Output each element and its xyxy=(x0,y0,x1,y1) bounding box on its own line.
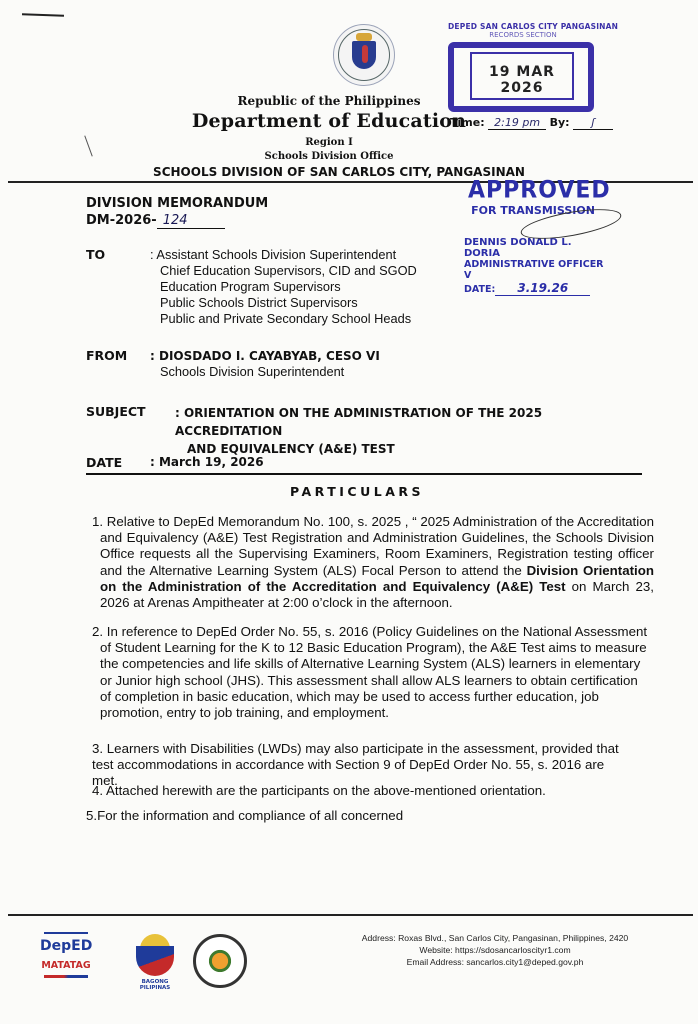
from-label: FROM xyxy=(86,348,127,363)
footer-address: Address: Roxas Blvd., San Carlos City, P… xyxy=(340,932,650,944)
stamp-section: RECORDS SECTION xyxy=(478,31,568,39)
subject-line: : ORIENTATION ON THE ADMINISTRATION OF T… xyxy=(175,404,645,440)
time-value: 2:19 pm xyxy=(488,116,546,130)
memo-number-handwritten: 124 xyxy=(157,213,225,229)
office-heading: Schools Division Office xyxy=(0,151,678,162)
particular-item-2: 2. In reference to DepEd Order No. 55, s… xyxy=(92,624,652,721)
logo-bar xyxy=(44,932,88,934)
approver-position: ADMINISTRATIVE OFFICER V xyxy=(464,259,608,281)
sdo-seal-logo xyxy=(193,934,247,988)
footer-contact: Address: Roxas Blvd., San Carlos City, P… xyxy=(340,932,650,968)
recipient: Education Program Supervisors xyxy=(150,279,417,295)
logo-deped-text: DepED xyxy=(40,938,92,954)
approved-title: APPROVED xyxy=(468,177,596,205)
recipient: Chief Education Supervisors, CID and SGO… xyxy=(150,263,417,279)
torch-icon xyxy=(356,33,372,41)
meta-divider xyxy=(86,473,642,475)
logo-stripe xyxy=(44,975,88,978)
globe-icon xyxy=(136,946,174,976)
to-label: TO xyxy=(86,247,105,262)
logo-caption: BAGONG PILIPINAS xyxy=(126,979,184,991)
stray-pen-mark xyxy=(22,13,64,16)
subject-label: SUBJECT xyxy=(86,404,146,419)
particular-item-4: 4. Attached herewith are the participant… xyxy=(92,783,646,799)
deped-matatag-logo: DepED MATATAG xyxy=(40,930,92,990)
footer-email: Email Address: sancarlos.city1@deped.gov… xyxy=(340,956,650,968)
to-recipients: : Assistant Schools Division Superintend… xyxy=(150,247,417,327)
deped-seal-logo xyxy=(333,24,395,86)
stamp-date: 19 MAR 2026 xyxy=(470,64,574,96)
approved-date-line: DATE:3.19.26 xyxy=(464,281,608,296)
sender-name: : DIOSDADO I. CAYABYAB, CESO VI xyxy=(150,348,380,364)
stamp-agency: DEPED SAN CARLOS CITY PANGASINAN xyxy=(448,22,598,31)
region-heading: Region I xyxy=(0,137,678,148)
memo-number-prefix: DM-2026- xyxy=(86,213,157,228)
particular-item-5: 5.For the information and compliance of … xyxy=(86,808,640,824)
date-label: DATE xyxy=(86,455,122,470)
approved-date-label: DATE: xyxy=(464,284,495,295)
received-stamp: DEPED SAN CARLOS CITY PANGASINAN RECORDS… xyxy=(448,22,598,114)
memo-number: DM-2026-124 xyxy=(86,213,225,229)
subject-text: : ORIENTATION ON THE ADMINISTRATION OF T… xyxy=(175,404,645,458)
bagong-pilipinas-logo: BAGONG PILIPINAS xyxy=(130,932,180,990)
footer-website: Website: https://sdosancarloscityr1.com xyxy=(340,944,650,956)
particulars-heading: PARTICULARS xyxy=(0,484,698,499)
approver-name: DENNIS DONALD L. DORIA xyxy=(464,237,608,259)
received-time-line: Time: 2:19 pm By: ʃ xyxy=(450,116,613,130)
memo-title: DIVISION MEMORANDUM xyxy=(86,196,268,211)
seal-emblem-icon xyxy=(206,947,234,975)
date-value: : March 19, 2026 xyxy=(150,455,264,469)
by-signature: ʃ xyxy=(573,116,613,130)
recipient: : Assistant Schools Division Superintend… xyxy=(150,247,417,263)
approved-date-value: 3.19.26 xyxy=(495,281,590,296)
time-label: Time: xyxy=(450,116,485,129)
footer-divider xyxy=(8,914,693,916)
recipient: Public Schools District Supervisors xyxy=(150,295,417,311)
from-sender: : DIOSDADO I. CAYABYAB, CESO VI Schools … xyxy=(150,348,380,380)
map-figure-icon xyxy=(362,45,368,63)
sender-title: Schools Division Superintendent xyxy=(150,364,380,380)
logo-matatag-text: MATATAG xyxy=(40,960,92,971)
particular-item-1: 1. Relative to DepEd Memorandum No. 100,… xyxy=(92,514,654,611)
recipient: Public and Private Secondary School Head… xyxy=(150,311,417,327)
by-label: By: xyxy=(550,116,570,129)
